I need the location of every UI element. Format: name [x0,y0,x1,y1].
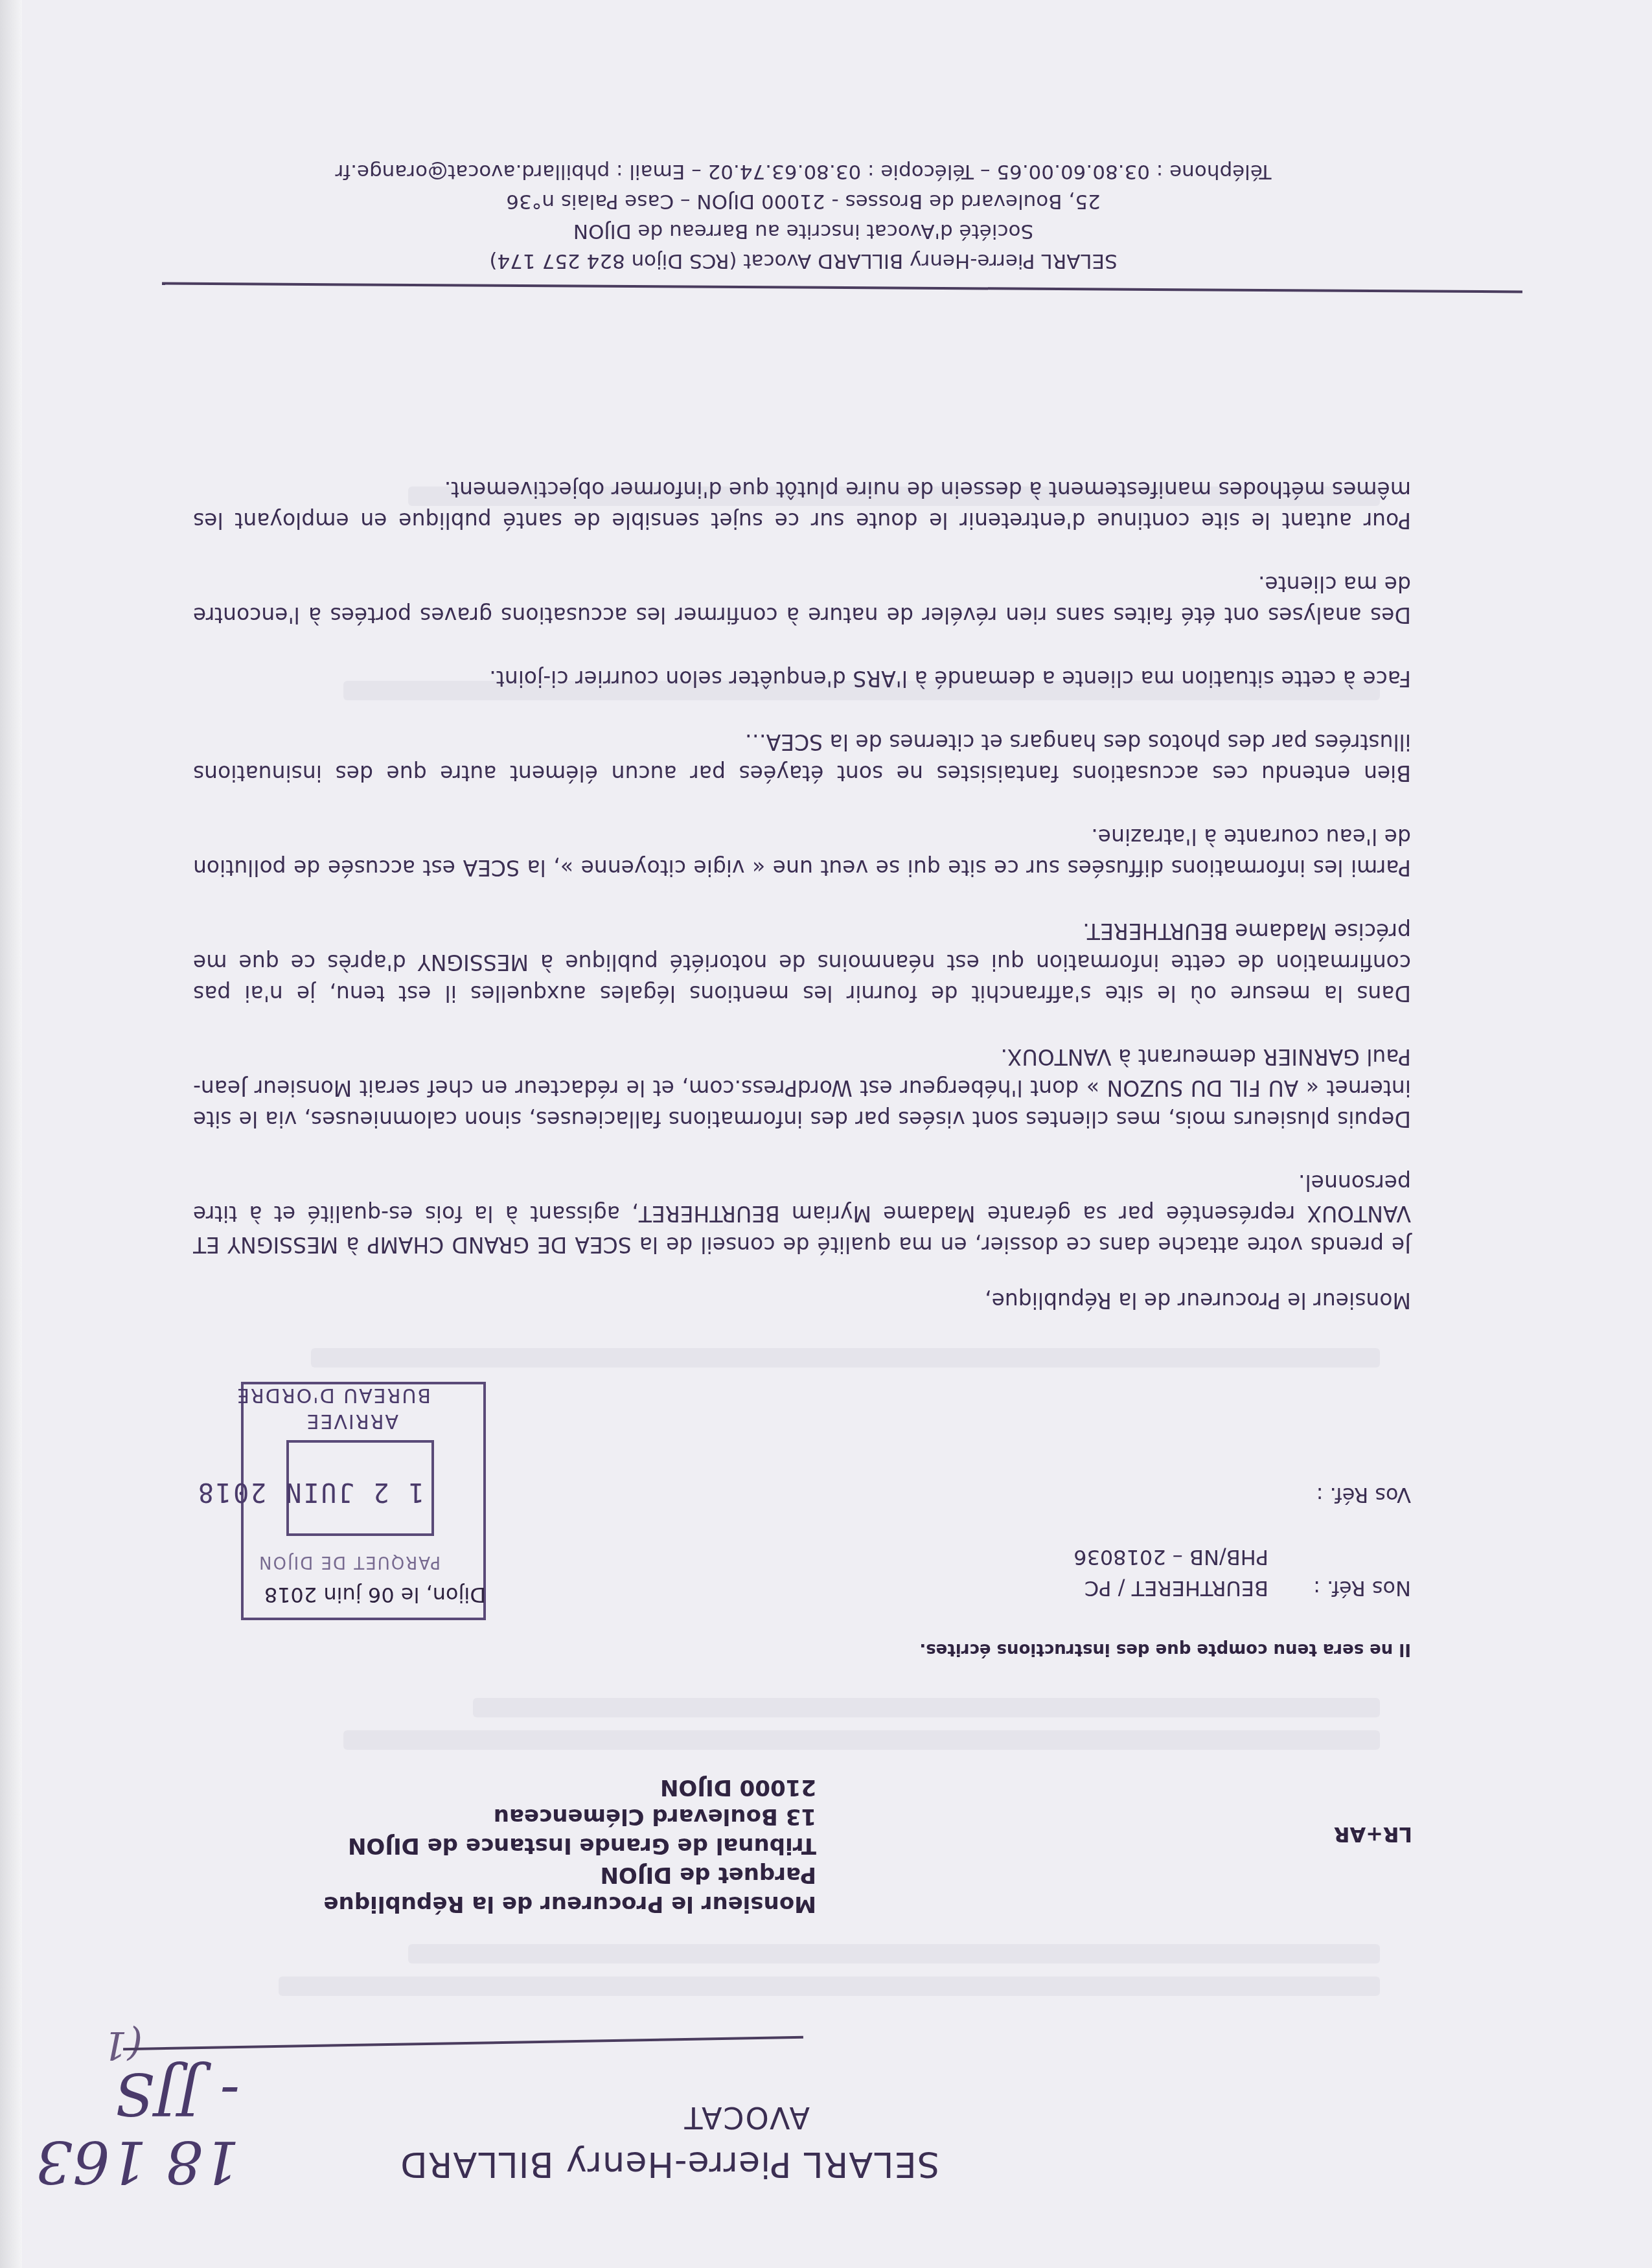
salutation: Monsieur le Procureur de la République, [193,1285,1411,1316]
body-paragraph: Parmi les informations diffusées sur ce … [193,821,1411,883]
references-block: Nos Réf. :BEURTHERET / PC PHB/NB – 20180… [1073,1480,1411,1604]
recipient-line: Tribunal de Grande Instance de DIJON [324,1831,816,1860]
recipient-line: 13 Boulevard Clémenceau [324,1802,816,1831]
recipient-line: 21000 DIJON [324,1772,816,1802]
footer-line: Société d'Avocat inscrite au Barreau de … [149,216,1458,246]
our-ref-label: Nos Réf. : [1268,1573,1411,1604]
our-ref-value-2: PHB/NB – 2018036 [1073,1542,1268,1573]
scanner-edge [0,0,22,2268]
body-paragraph: Depuis plusieurs mois, mes clientes sont… [193,1041,1411,1134]
mailing-method: LR+AR [1334,1822,1412,1847]
our-ref-value: BEURTHERET / PC [1084,1573,1268,1604]
stamp-court: PARQUET DE DIJON [258,1552,441,1572]
handwritten-reference: 18 163 - JJS [0,2059,240,2195]
letterhead-footer: SELARL Pierre-Henry BILLARD Avocat (RCS … [149,157,1458,276]
body-paragraph: Face à cette situation ma cliente a dema… [193,663,1411,694]
firm-name: SELARL Pierre-Henry BILLARD [400,2144,939,2185]
instructions-notice: Il ne sera tenu compte que des instructi… [919,1640,1411,1659]
firm-title: AVOCAT [683,2100,810,2135]
footer-line: 25, Boulevard de Brosses - 21000 DIJON –… [149,187,1458,216]
letter-date: Dijon, le 06 juin 2018 [264,1583,486,1607]
handwritten-mark: (1 [102,2022,143,2067]
stamp-arrivee: ARRIVEE [306,1410,399,1432]
body-paragraph: Des analyses ont été faites sans rien ré… [193,568,1411,630]
recipient-line: Parquet de DIJON [324,1860,816,1889]
body-paragraph: Bien entendu ces accusations fantaisiste… [193,726,1411,788]
recipient-line: Monsieur le Procureur de la République [324,1889,816,1918]
footer-line: SELARL Pierre-Henry BILLARD Avocat (RCS … [149,246,1458,276]
your-ref-label: Vos Réf. : [1268,1480,1411,1511]
letter-body: Monsieur le Procureur de la République, … [193,441,1411,1316]
body-paragraph: Pour autant le site continue d'entreteni… [193,474,1411,536]
recipient-address: Monsieur le Procureur de la République P… [324,1772,816,1918]
stamp-date: 1 2 JUIN 2018 [196,1477,424,1507]
footer-line: Téléphone : 03.80.60.00.65 – Télécopie :… [149,157,1458,187]
scanned-letter-page: SELARL Pierre-Henry BILLARD AVOCAT 18 16… [0,0,1652,2268]
body-paragraph: Dans la mesure où le site s'affranchit d… [193,915,1411,1009]
footer-divider [162,282,1522,293]
header-divider [123,2036,803,2050]
body-paragraph: Je prends votre attache dans ce dossier,… [193,1167,1411,1260]
stamp-bureau: BUREAU D'ORDRE [236,1384,431,1406]
